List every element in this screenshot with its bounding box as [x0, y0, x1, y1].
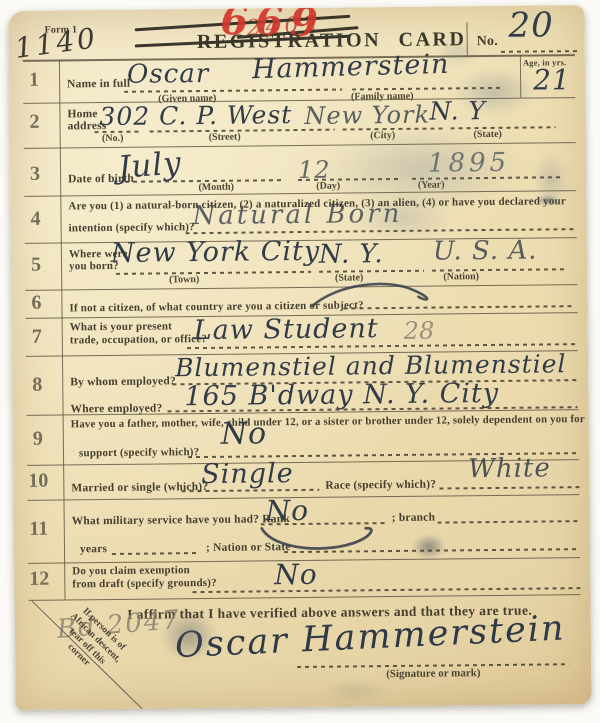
dependents-value: No [221, 416, 268, 451]
family-name-value: Hammerstein [252, 49, 450, 86]
no-sublabel: (No.) [83, 133, 143, 145]
state-sublabel: (State) [428, 128, 548, 140]
address-value: 302 C. P. West [99, 100, 292, 131]
married-label: Married or single (which)? [71, 481, 208, 494]
trade-label-line1: What is your present [70, 320, 172, 333]
exemption-value: No [274, 558, 318, 591]
year-value: 1895 [428, 148, 510, 179]
row-number: 10 [13, 469, 63, 493]
street-sublabel: (Street) [165, 131, 285, 143]
row-number: 1 [9, 69, 59, 93]
row-number: 3 [10, 163, 60, 187]
dependents-label-line1: Have you a father, mother, wife, child u… [71, 413, 585, 430]
fill-line [439, 486, 579, 489]
trade-label-line2: trade, occupation, or office? [70, 333, 207, 346]
registration-card: Form 1 1140 2402 669 REGISTRATION CARD N… [8, 5, 591, 710]
branch-label: ; branch [392, 512, 436, 524]
exemption-label-line1: Do you claim exemption [72, 564, 190, 577]
born-town-value: New York City [111, 236, 321, 269]
married-value: Single [201, 458, 294, 490]
citizen-value: Natural Born [192, 199, 402, 231]
signature-label: (Signature or mark) [297, 666, 569, 681]
no-label: No. [477, 34, 498, 50]
home-label-line1: Home [67, 108, 97, 120]
row-number: 8 [12, 373, 62, 397]
born-nation-value: U. S. A. [433, 236, 538, 267]
row-number: 12 [14, 567, 64, 591]
name-label: Name in full [67, 78, 130, 91]
header-divider [466, 22, 468, 55]
ink-flourish [256, 519, 391, 554]
row-number: 9 [13, 427, 63, 451]
by-whom-label: By whom employed? [70, 375, 176, 388]
age-value: 21 [533, 63, 571, 96]
race-value: White [468, 453, 551, 484]
city-value: New York [304, 101, 430, 130]
row-number: 5 [11, 253, 61, 277]
row-number: 7 [12, 325, 62, 349]
trade-value: Law Student [194, 313, 379, 346]
row-divider [25, 284, 577, 291]
year-sublabel: (Year) [371, 179, 491, 191]
row-number: 11 [14, 517, 64, 541]
no-fill-line [501, 50, 579, 53]
exemption-label-line2: from draft (specify grounds)? [72, 577, 217, 591]
by-whom-value: Blumenstiel and Blumenstiel [175, 349, 567, 382]
born-state-value: N. Y. [319, 239, 384, 270]
years-label: years [80, 543, 107, 555]
fill-line [438, 520, 580, 523]
ink-flourish [306, 279, 431, 310]
state-value: N. Y [429, 96, 486, 126]
age-column-divider [520, 55, 522, 98]
citizen-label-line2: intention (specify which)? [69, 221, 195, 234]
fill-line [112, 552, 200, 555]
row-number: 6 [11, 291, 61, 315]
race-label: Race (specify which)? [325, 479, 436, 492]
city-sublabel: (City) [323, 129, 443, 141]
fill-line [181, 489, 319, 492]
town-sublabel: (Town) [124, 274, 244, 286]
fill-line [192, 587, 580, 593]
where-employed-label: Where employed? [70, 402, 162, 415]
row-number: 2 [9, 111, 59, 135]
month-sublabel: (Month) [156, 181, 276, 193]
given-name-value: Oscar [127, 59, 209, 90]
row-number: 4 [10, 208, 60, 232]
pencil-note: 28 [404, 317, 435, 345]
row-divider [29, 594, 581, 601]
dependents-label-line2: support (specify which)? [79, 446, 199, 459]
no-value: 20 [508, 5, 554, 45]
